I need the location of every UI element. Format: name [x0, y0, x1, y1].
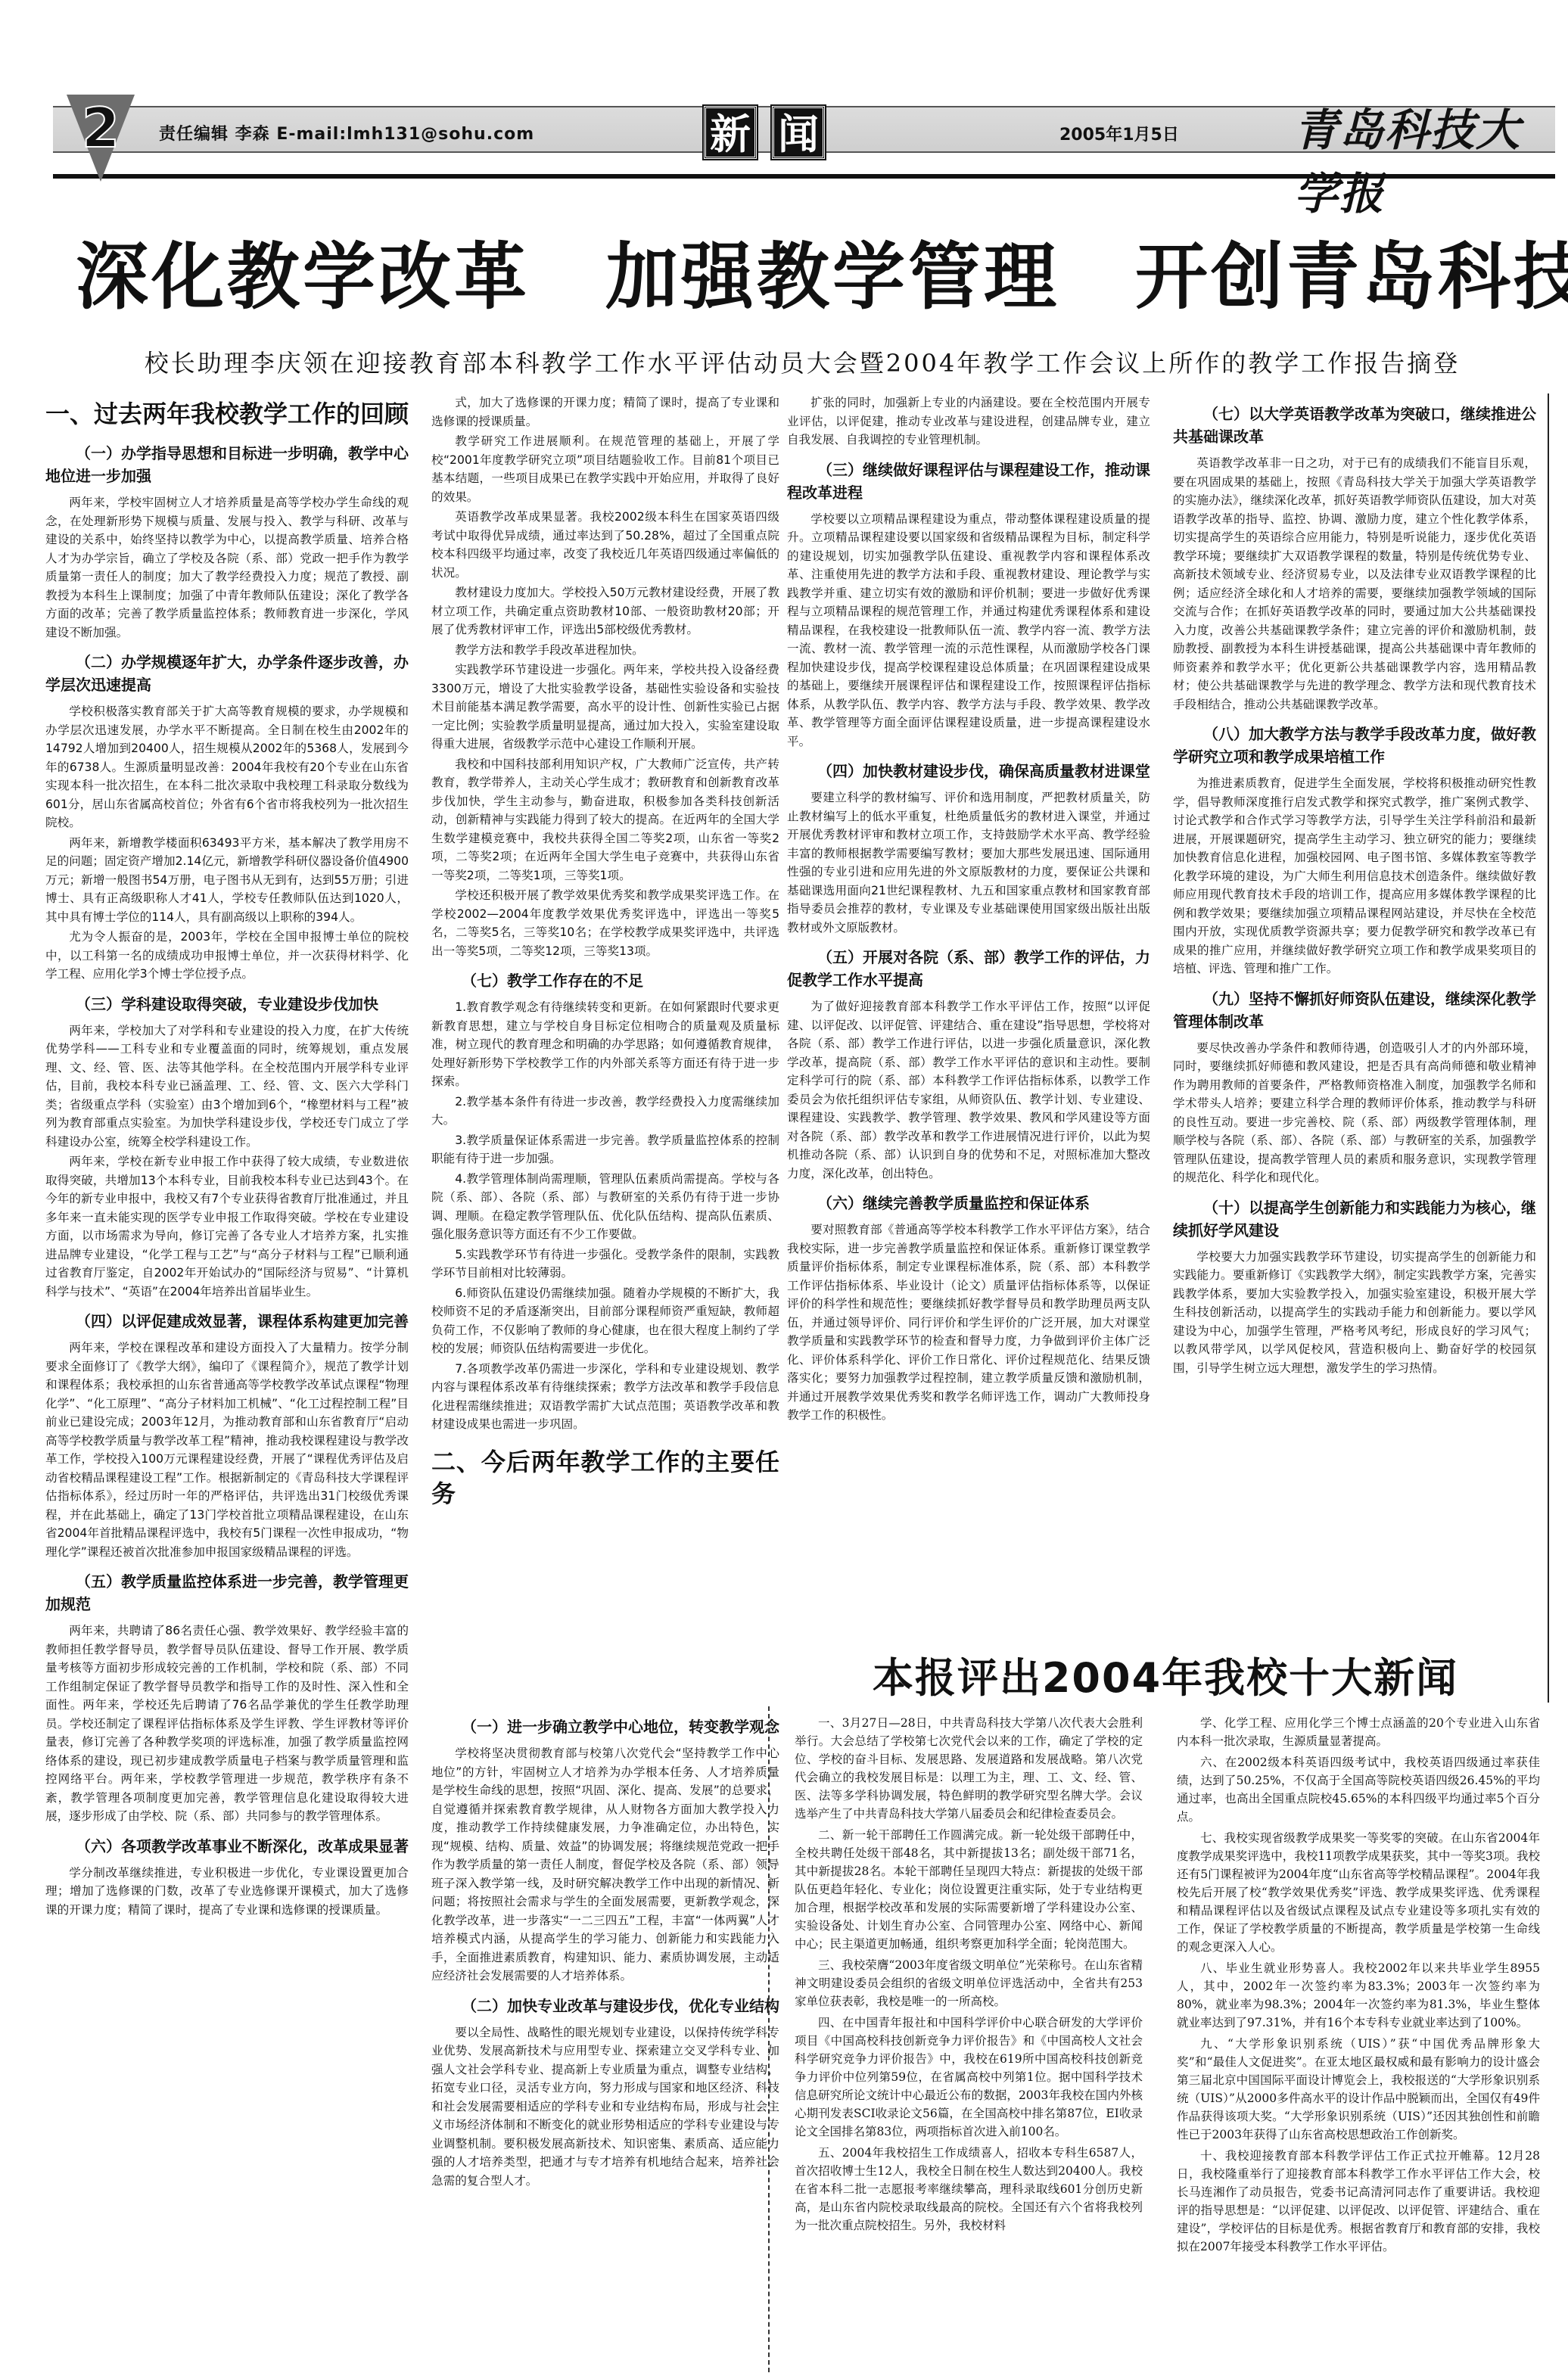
dashed-divider	[768, 1706, 770, 2372]
paragraph: 两年来，学校在新专业申报工作中获得了较大成绩，专业数进依取得突破，共增加13个本…	[45, 1152, 409, 1301]
section-title: （八）加大教学方法与教学手段改革力度，做好教学研究立项和教学成果培植工作	[1173, 723, 1536, 768]
paragraph: 五、2004年我校招生工作成绩喜人，招收本专科生6587人，首次招收博士生12人…	[795, 2144, 1143, 2235]
paragraph: 我校和中国科技部利用知识产权，广大教师广泛宣传，共产转教育，教学带养人，主动关心…	[431, 755, 779, 885]
paragraph: 学校要大力加强实践教学环节建设，切实提高学生的创新能力和实践能力。要重新修订《实…	[1173, 1248, 1536, 1378]
article-column-4: （七）以大学英语教学改革为突破口，继续推进公共基础课改革英语教学改革非一日之功，…	[1173, 393, 1536, 1703]
paragraph: 教学研究工作进展顺利。在规范管理的基础上，开展了学校“2001年度教学研究立项”…	[431, 432, 779, 506]
section-title: （二）加快专业改革与建设步伐，优化专业结构	[431, 1995, 779, 2017]
paragraph: 4.教学管理体制尚需理顺，管理队伍素质尚需提高。学校与各院（系、部）、各院（系、…	[431, 1170, 779, 1244]
paragraph: 六、在2002级本科英语四级考试中，我校英语四级通过率获佳绩，达到了50.25%…	[1177, 1753, 1540, 1826]
section-char: 闻	[772, 106, 825, 159]
paragraph: 四、在中国青年报社和中国科学评价中心联合研发的大学评价项目《中国高校科技创新竞争…	[795, 2014, 1143, 2141]
article-column-2-lower: （一）进一步确立教学中心地位，转变教学观念学校将坚决贯彻教育部与校第八次党代会“…	[431, 1706, 779, 2365]
page-number-badge: 2	[67, 95, 135, 182]
column-rule	[1548, 393, 1549, 1703]
section-title: （五）教学质量监控体系进一步完善，教学管理更加规范	[45, 1570, 409, 1616]
section-title: （十）以提高学生创新能力和实践能力为核心，继续抓好学风建设	[1173, 1196, 1536, 1242]
subheadline: 校长助理李庆领在迎接教育部本科教学工作水平评估动员大会暨2004年教学工作会议上…	[121, 344, 1483, 379]
paragraph: 5.实践教学环节有待进一步强化。受教学条件的限制，实践教学环节目前相对比较薄弱。	[431, 1246, 779, 1283]
section-tag: 新 闻	[704, 106, 825, 159]
editor-credit: 责任编辑 李森 E-mail:lmh131@sohu.com	[159, 121, 534, 145]
paragraph: 学校还积极开展了教学效果优秀奖和教学成果奖评选工作。在学校2002—2004年度…	[431, 886, 779, 960]
section-title: （四）以评促建成效显著，课程体系构建更加完善	[45, 1310, 409, 1333]
section-title: （四）加快教材建设步伐，确保高质量教材进课堂	[787, 760, 1150, 782]
section-title: （九）坚持不懈抓好师资队伍建设，继续深化教学管理体制改革	[1173, 987, 1536, 1033]
section-title: （一）进一步确立教学中心地位，转变教学观念	[431, 1715, 779, 1738]
paragraph: 教学方法和教学手段改革进程加快。	[431, 641, 779, 660]
article-column-3: 扩张的同时，加强新上专业的内涵建设。要在全校范围内开展专业评估，以评促建，推动专…	[787, 393, 1150, 1703]
paragraph: 两年来，学校加大了对学科和专业建设的投入力度，在扩大传统优势学科——工科专业和专…	[45, 1022, 409, 1152]
paragraph: 十、我校迎接教育部本科教学评估工作正式拉开帷幕。12月28日，我校隆重举行了迎接…	[1177, 2147, 1540, 2256]
paragraph: 要对照教育部《普通高等学校本科教学工作水平评估方案》，结合我校实际，进一步完善教…	[787, 1221, 1150, 1425]
paragraph: 两年来，学校在课程改革和建设方面投入了大量精力。按学分制要求全面修订了《教学大纲…	[45, 1339, 409, 1561]
headline: 深化教学改革 加强教学管理 开创青岛科技大学教学工作新局面	[76, 219, 1544, 323]
paragraph: 两年来，学校牢固树立人才培养质量是高等学校办学生命线的观念，在处理新形势下规模与…	[45, 493, 409, 642]
paragraph: 为了做好迎接教育部本科教学工作水平评估工作，按照“以评促建、以评促改、以评促管、…	[787, 997, 1150, 1183]
ten-news-left-column: 一、3月27日—28日，中共青岛科技大学第八次代表大会胜利举行。大会总结了学校第…	[795, 1714, 1143, 2238]
section-title: （七）以大学英语教学改革为突破口，继续推进公共基础课改革	[1173, 403, 1536, 448]
section-title: （六）各项教学改革事业不断深化，改革成果显著	[45, 1835, 409, 1858]
part-title: 一、过去两年我校教学工作的回顾	[45, 398, 409, 430]
section-title: （一）办学指导思想和目标进一步明确，教学中心地位进一步加强	[45, 442, 409, 487]
paragraph: 八、毕业生就业形势喜人。我校2002年以来共毕业学生8955人，其中，2002年…	[1177, 1959, 1540, 2032]
page-number: 2	[67, 96, 135, 160]
issue-date: 2005年1月5日	[1059, 122, 1179, 145]
section-title: （二）办学规模逐年扩大，办学条件逐步改善，办学层次迅速提高	[45, 651, 409, 696]
paragraph: 3.教学质量保证体系需进一步完善。教学质量监控体系的控制职能有待于进一步加强。	[431, 1131, 779, 1168]
section-title: （六）继续完善教学质量监控和保证体系	[787, 1192, 1150, 1214]
paragraph: 2.教学基本条件有待进一步改善，教学经费投入力度需继续加大。	[431, 1093, 779, 1130]
part-title: 二、今后两年教学工作的主要任务	[431, 1446, 779, 1510]
paragraph: 扩张的同时，加强新上专业的内涵建设。要在全校范围内开展专业评估，以评促建，推动专…	[787, 393, 1150, 449]
section-char: 新	[704, 106, 757, 159]
paragraph: 要尽快改善办学条件和教师待遇，创造吸引人才的内外部环境，同时，要继续抓好师德和教…	[1173, 1039, 1536, 1187]
paragraph: 学校将坚决贯彻教育部与校第八次党代会“坚持教学工作中心地位”的方针，牢固树立人才…	[431, 1744, 779, 1986]
paragraph: 英语教学改革成果显著。我校2002级本科生在国家英语四级考试中取得优异成绩，通过…	[431, 508, 779, 582]
paragraph: 学校积极落实教育部关于扩大高等教育规模的要求，办学规模和办学层次迅速发展，办学水…	[45, 702, 409, 832]
section-title: （三）继续做好课程评估与课程建设工作，推动课程改革进程	[787, 459, 1150, 504]
ten-news-box: 本报评出2004年我校十大新闻 一、3月27日—28日，中共青岛科技大学第八次代…	[757, 1646, 1555, 2372]
paragraph: 要建立科学的教材编写、评价和选用制度，严把教材质量关，防止教材编写上的低水平重复…	[787, 788, 1150, 937]
paragraph: 7.各项教学改革仍需进一步深化，学科和专业建设规划、教学内容与课程体系改革有待继…	[431, 1360, 779, 1434]
paper-name-logo: 青岛科技大学报	[1294, 95, 1555, 222]
paragraph: 两年来，共聘请了86名责任心强、教学效果好、教学经验丰富的教师担任教学督导员，教…	[45, 1622, 409, 1826]
paragraph: 要以全局性、战略性的眼光规划专业建设，以保持传统学科专业优势、发展高新技术与应用…	[431, 2023, 779, 2191]
section-title: （七）教学工作存在的不足	[431, 969, 779, 992]
paragraph: 尤为令人振奋的是，2003年，学校在全国申报博士单位的院校中，以工科第一名的成绩…	[45, 928, 409, 984]
paragraph: 二、新一轮干部聘任工作圆满完成。新一轮处级干部聘任中，全校共聘任处级干部48名，…	[795, 1826, 1143, 1953]
paragraph: 九、“大学形象识别系统（UIS）”获“中国优秀品牌形象大奖”和“最佳人文促进奖”…	[1177, 2035, 1540, 2144]
paragraph: 1.教育教学观念有待继续转变和更新。在如何紧跟时代要求更新教育思想，建立与学校自…	[431, 998, 779, 1091]
masthead: 2 责任编辑 李森 E-mail:lmh131@sohu.com 新 闻 200…	[53, 95, 1555, 185]
paragraph: 式，加大了选修课的开课力度；精简了课时，提高了专业课和选修课的授课质量。	[431, 393, 779, 431]
ten-news-title: 本报评出2004年我校十大新闻	[787, 1646, 1544, 1704]
section-title: （五）开展对各院（系、部）教学工作的评估，力促教学工作水平提高	[787, 946, 1150, 991]
section-title: （三）学科建设取得突破，专业建设步伐加快	[45, 993, 409, 1015]
paragraph: 6.师资队伍建设仍需继续加强。随着办学规模的不断扩大，我校师资不足的矛盾逐渐突出…	[431, 1284, 779, 1358]
article-column-2: 式，加大了选修课的开课力度；精简了课时，提高了专业课和选修课的授课质量。教学研究…	[431, 393, 779, 1703]
paragraph: 为推进素质教育，促进学生全面发展，学校将积极推动研究性教学，倡导教师深度推行启发…	[1173, 774, 1536, 978]
paragraph: 学分制改革继续推进，专业积极进一步优化，专业课设置更加合理；增加了选修课的门数，…	[45, 1864, 409, 1920]
article-column-1: 一、过去两年我校教学工作的回顾 （一）办学指导思想和目标进一步明确，教学中心地位…	[45, 393, 409, 2361]
paragraph: 三、我校荣膺“2003年度省级文明单位”光荣称号。在山东省精神文明建设委员会组织…	[795, 1956, 1143, 2011]
paragraph: 七、我校实现省级教学成果奖一等奖零的突破。在山东省2004年度教学成果奖评选中，…	[1177, 1829, 1540, 1956]
paragraph: 两年来，新增教学楼面积63493平方米，基本解决了教学用房不足的问题；固定资产增…	[45, 834, 409, 927]
ten-news-right-column: 学、化学工程、应用化学三个博士点涵盖的20个专业进入山东省内本科一批次录取，生源…	[1177, 1714, 1540, 2259]
paragraph: 实践教学环节建设进一步强化。两年来，学校共投入设备经费3300万元，增设了大批实…	[431, 661, 779, 754]
paragraph: 学校要以立项精品课程建设为重点，带动整体课程建设质量的提升。立项精品课程建设要以…	[787, 510, 1150, 751]
paragraph: 学、化学工程、应用化学三个博士点涵盖的20个专业进入山东省内本科一批次录取，生源…	[1177, 1714, 1540, 1750]
paragraph: 一、3月27日—28日，中共青岛科技大学第八次代表大会胜利举行。大会总结了学校第…	[795, 1714, 1143, 1823]
paragraph: 教材建设力度加大。学校投入50万元教材建设经费，开展了教材立项工作，共确定重点资…	[431, 583, 779, 639]
paragraph: 英语教学改革非一日之功，对于已有的成绩我们不能盲目乐观，要在巩固成果的基础上，按…	[1173, 454, 1536, 714]
